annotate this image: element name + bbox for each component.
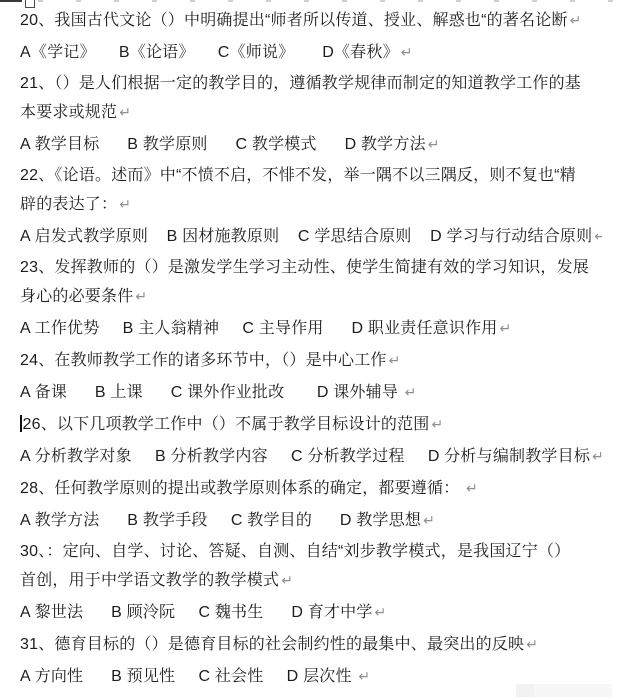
options-21[interactable]: A 教学目标 B 教学原则 C 教学模式 D 教学方法↵: [20, 130, 602, 158]
question-24[interactable]: 24、在教师教学工作的诸多环节中，（）是中心工作↵: [20, 346, 602, 374]
paragraph-return-icon: ↵: [119, 196, 131, 212]
paragraph-return-icon: ↵: [119, 104, 131, 120]
question-20[interactable]: 20、我国古代文论（）中明确提出“师者所以传道、授业、解惑也“的著名论断↵: [20, 6, 602, 34]
paragraph-return-icon: ↵: [432, 416, 444, 432]
question-23-line-1[interactable]: 23、发挥教师的（）是激发学生学习主动性、使学生简捷有效的学习知识，发展: [20, 254, 602, 282]
paragraph-return-icon: ↵: [358, 668, 370, 684]
options-20[interactable]: A《学记》 B《论语》 C《师说》 D《春秋》↵: [20, 38, 602, 66]
question-21-line-1[interactable]: 21、（）是人们根据一定的教学目的，遵循教学规律而制定的知道教学工作的基: [20, 70, 602, 98]
question-30-line-1[interactable]: 30、：定向、自学、讨论、答疑、自测、自结“刘步教学模式，是我国辽宁（）: [20, 538, 602, 566]
question-28[interactable]: 28、任何教学原则的提出或教学原则体系的确定，都要遵循： ↵: [20, 474, 602, 502]
options-23[interactable]: A 工作优势 B 主人翁精神 C 主导作用 D 职业责任意识作用↵: [20, 314, 602, 342]
paragraph-return-icon: ↵: [389, 352, 401, 368]
question-31[interactable]: 31、德育目标的（）是德育目标的社会制约性的最集中、最突出的反映↵: [20, 630, 602, 658]
paragraph-return-icon: ↵: [281, 572, 293, 588]
paragraph-return-icon: ↵: [375, 604, 387, 620]
options-26[interactable]: A 分析教学对象 B 分析教学内容 C 分析教学过程 D 分析与编制教学目标↵: [20, 442, 602, 470]
paragraph-return-icon: ↵: [135, 288, 147, 304]
options-30[interactable]: A 黎世法 B 顾泠阮 C 魏书生 D 育才中学↵: [20, 598, 602, 626]
paragraph-return-icon: ↵: [423, 512, 435, 528]
paragraph-return-icon: ↵: [405, 384, 417, 400]
paragraph-return-icon: ↵: [594, 228, 602, 244]
options-22[interactable]: A 启发式教学原则 B 因材施教原则 C 学思结合原则 D 学习与行动结合原则↵: [20, 222, 602, 250]
watermark: [516, 684, 612, 697]
question-30-line-2[interactable]: 首创，用于中学语文教学的教学模式↵: [20, 566, 602, 594]
cropped-line-artifact: [0, 0, 620, 2]
paragraph-return-icon: ↵: [570, 12, 582, 28]
question-23-line-2[interactable]: 身心的必要条件↵: [20, 282, 602, 310]
paragraph-return-icon: ↵: [592, 448, 602, 464]
paragraph-return-icon: ↵: [428, 136, 440, 152]
text-cursor: [20, 415, 22, 432]
paragraph-return-icon: ↵: [526, 636, 538, 652]
question-22-line-1[interactable]: 22、《论语。述而》中“不愤不启，不悱不发，举一隅不以三隅反，则不复也“精: [20, 162, 602, 190]
question-26[interactable]: 26、以下几项教学工作中（）不属于教学目标设计的范围↵: [20, 410, 602, 438]
options-24[interactable]: A 备课 B 上课 C 课外作业批改 D 课外辅导 ↵: [20, 378, 602, 406]
paragraph-return-icon: ↵: [466, 480, 478, 496]
document-page[interactable]: 20、我国古代文论（）中明确提出“师者所以传道、授业、解惑也“的著名论断↵ A《…: [20, 6, 602, 690]
paragraph-return-icon: ↵: [499, 320, 511, 336]
question-21-line-2[interactable]: 本要求或规范↵: [20, 98, 602, 126]
question-22-line-2[interactable]: 辟的表达了：↵: [20, 190, 602, 218]
cropped-line-artifact-dark: [0, 0, 22, 2]
options-28[interactable]: A 教学方法 B 教学手段 C 教学目的 D 教学思想↵: [20, 506, 602, 534]
options-31[interactable]: A 方向性 B 预见性 C 社会性 D 层次性 ↵: [20, 662, 602, 690]
paragraph-return-icon: ↵: [401, 44, 413, 60]
